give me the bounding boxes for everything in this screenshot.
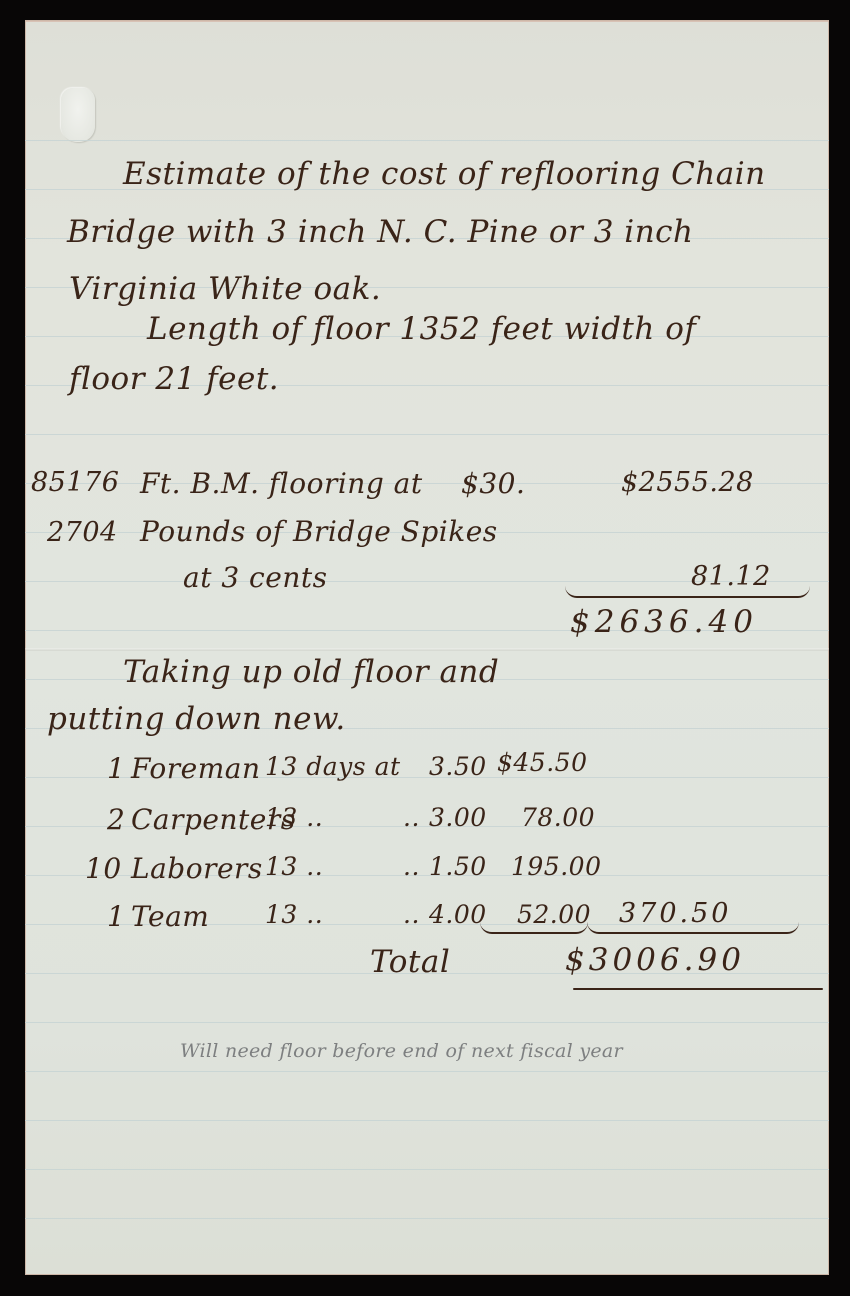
embossed-seal-icon [61,88,95,142]
material-2-quantity: 2704 [47,517,118,548]
heading-line-2: Bridge with 3 inch N. C. Pine or 3 inch [67,214,694,250]
labor-row-3-count: 10 [85,852,122,885]
material-1-description: Ft. B.M. flooring at [140,467,423,500]
material-1-amount: $2555.28 [621,467,754,498]
total-amount: $3006.90 [565,942,745,978]
labor-row-4-role: Team [131,900,209,933]
labor-row-3-rate: 1.50 [429,852,487,881]
paper-fold-crease [25,648,829,651]
labor-row-3-amount: 195.00 [511,852,601,881]
labor-row-4-ditto: .. [403,900,420,929]
labor-row-2-amount: 78.00 [521,803,595,832]
materials-subtotal: $2636.40 [570,604,758,640]
labor-row-2-count: 2 [107,803,125,836]
material-1-quantity: 85176 [31,467,119,498]
labor-row-2-days: 13 .. [265,803,323,832]
material-2-description: Pounds of Bridge Spikes [140,515,498,548]
labor-row-2-ditto: .. [403,803,420,832]
labor-heading-line-1: Taking up old floor and [123,654,499,690]
labor-row-3-ditto: .. [403,852,420,881]
ruled-line [25,140,829,141]
pencil-annotation: Will need floor before end of next fisca… [180,1040,623,1062]
labor-row-3-role: Laborers [131,852,263,885]
labor-row-4-rate: 4.00 [429,900,487,929]
ruled-line [25,434,829,435]
labor-row-1-count: 1 [107,752,125,785]
material-2-description-cont: at 3 cents [183,561,327,594]
labor-row-4-days: 13 .. [265,900,323,929]
dimensions-line-2: floor 21 feet. [69,361,279,397]
labor-row-1-role: Foreman [131,752,261,785]
ruled-line [25,1120,829,1121]
labor-row-1-amount: $45.50 [497,748,587,777]
ruled-line [25,1071,829,1072]
labor-row-3-days: 13 .. [265,852,323,881]
material-1-rate: $30. [461,467,525,500]
materials-sum-line [565,586,810,598]
labor-heading-line-2: putting down new. [47,701,346,737]
labor-subtotal-line [587,922,799,934]
ruled-paper-sheet: Estimate of the cost of reflooring Chain… [25,20,829,1275]
labor-amounts-sum-line [480,922,588,934]
labor-row-4-count: 1 [107,900,125,933]
ruled-line [25,1218,829,1219]
scan-background: Estimate of the cost of reflooring Chain… [0,0,850,1296]
dimensions-line-1: Length of floor 1352 feet width of [147,311,696,347]
ruled-line [25,1169,829,1170]
labor-row-1-days: 13 days at [265,752,401,781]
ruled-line [25,1022,829,1023]
heading-line-1: Estimate of the cost of reflooring Chain [123,156,766,192]
heading-line-3: Virginia White oak. [69,271,381,307]
total-label: Total [370,944,450,980]
labor-row-2-rate: 3.00 [429,803,487,832]
labor-row-1-rate: 3.50 [429,752,487,781]
total-underline [573,988,823,990]
